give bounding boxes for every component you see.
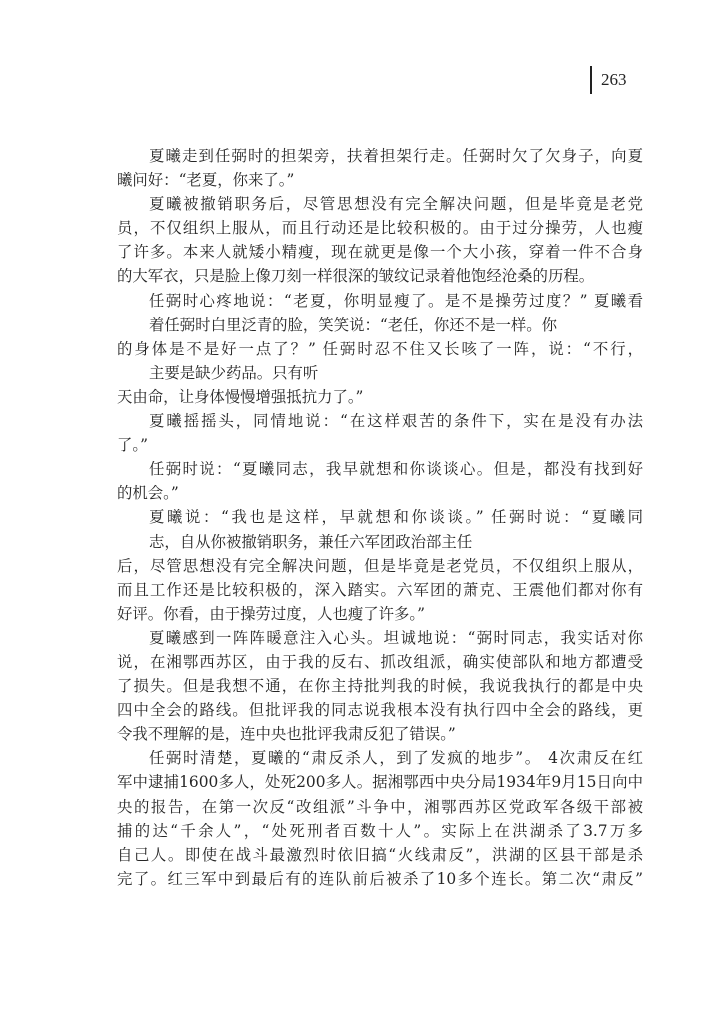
text-line: 主要是缺少药品。只有听 bbox=[117, 361, 643, 385]
text-line: 而且工作还是比较积极的，深入踏实。六军团的萧克、王震他们都对你有 bbox=[117, 578, 643, 602]
text-line: 完了。红三军中到最后有的连队前后被杀了10多个连长。第二次“肃反” bbox=[117, 867, 643, 891]
text-line: 夏曦摇摇头，同情地说：“在这样艰苦的条件下，实在是没有办法 bbox=[117, 409, 643, 433]
text-line: 任弼时心疼地说：“老夏，你明显瘦了。是不是操劳过度？” 夏曦看 bbox=[117, 289, 643, 313]
text-line: 捕的达“千余人”，“处死刑者百数十人”。实际上在洪湖杀了3.7万多 bbox=[117, 819, 643, 843]
text-line: 员，不仅组织上服从，而且行动还是比较积极的。由于过分操劳，人也瘦 bbox=[117, 216, 643, 240]
text-line: 四中全会的路线。但批评我的同志说我根本没有执行四中全会的路线，更 bbox=[117, 698, 643, 722]
book-page: 263 夏曦走到任弼时的担架旁，扶着担架行走。任弼时欠了欠身子，向夏曦问好：“老… bbox=[0, 0, 715, 1010]
page-number: 263 bbox=[601, 70, 627, 90]
text-line: 令我不理解的是，连中央也批评我肃反犯了错误。” bbox=[117, 722, 643, 746]
text-line: 了损失。但是我想不通，在你主持批判我的时候，我说我执行的都是中央 bbox=[117, 674, 643, 698]
text-line: 央的报告，在第一次反“改组派”斗争中，湘鄂西苏区党政军各级干部被 bbox=[117, 795, 643, 819]
text-line: 志，自从你被撤销职务，兼任六军团政治部主任 bbox=[117, 530, 643, 554]
text-line: 了。” bbox=[117, 433, 643, 457]
body-text: 夏曦走到任弼时的担架旁，扶着担架行走。任弼时欠了欠身子，向夏曦问好：“老夏，你来… bbox=[117, 144, 643, 891]
text-line: 说，在湘鄂西苏区，由于我的反右、抓改组派，确实使部队和地方都遭受 bbox=[117, 650, 643, 674]
text-line: 夏曦感到一阵阵暖意注入心头。坦诚地说：“弼时同志，我实话对你 bbox=[117, 626, 643, 650]
text-line: 了许多。本来人就矮小精瘦，现在就更是像一个大小孩，穿着一件不合身 bbox=[117, 240, 643, 264]
text-line: 夏曦走到任弼时的担架旁，扶着担架行走。任弼时欠了欠身子，向夏 bbox=[117, 144, 643, 168]
text-line: 任弼时清楚，夏曦的“肃反杀人，到了发疯的地步”。 4次肃反在红 bbox=[117, 746, 643, 770]
text-line: 好评。你看，由于操劳过度，人也瘦了许多。” bbox=[117, 602, 643, 626]
text-line: 曦问好：“老夏，你来了。” bbox=[117, 168, 643, 192]
text-line: 的机会。” bbox=[117, 481, 643, 505]
text-line: 自己人。即使在战斗最激烈时依旧搞“火线肃反”，洪湖的区县干部是杀 bbox=[117, 843, 643, 867]
text-line: 着任弼时白里泛青的脸，笑笑说：“老任，你还不是一样。你 bbox=[117, 313, 643, 337]
text-line: 天由命，让身体慢慢增强抵抗力了。” bbox=[117, 385, 643, 409]
text-line: 夏曦说：“我也是这样，早就想和你谈谈。” 任弼时说：“夏曦同 bbox=[117, 505, 643, 529]
text-line: 任弼时说：“夏曦同志，我早就想和你谈谈心。但是，都没有找到好 bbox=[117, 457, 643, 481]
text-line: 军中逮捕1600多人，处死200多人。据湘鄂西中央分局1934年9月15日向中 bbox=[117, 770, 643, 794]
text-line: 夏曦被撤销职务后，尽管思想没有完全解决问题，但是毕竟是老党 bbox=[117, 192, 643, 216]
text-line: 的身体是不是好一点了？” 任弼时忍不住又长咳了一阵，说：“不行， bbox=[117, 337, 643, 361]
text-line: 后，尽管思想没有完全解决问题，但是毕竟是老党员，不仅组织上服从， bbox=[117, 554, 643, 578]
header-divider bbox=[590, 66, 592, 94]
text-line: 的大军衣，只是脸上像刀刻一样很深的皱纹记录着他饱经沧桑的历程。 bbox=[117, 264, 643, 288]
